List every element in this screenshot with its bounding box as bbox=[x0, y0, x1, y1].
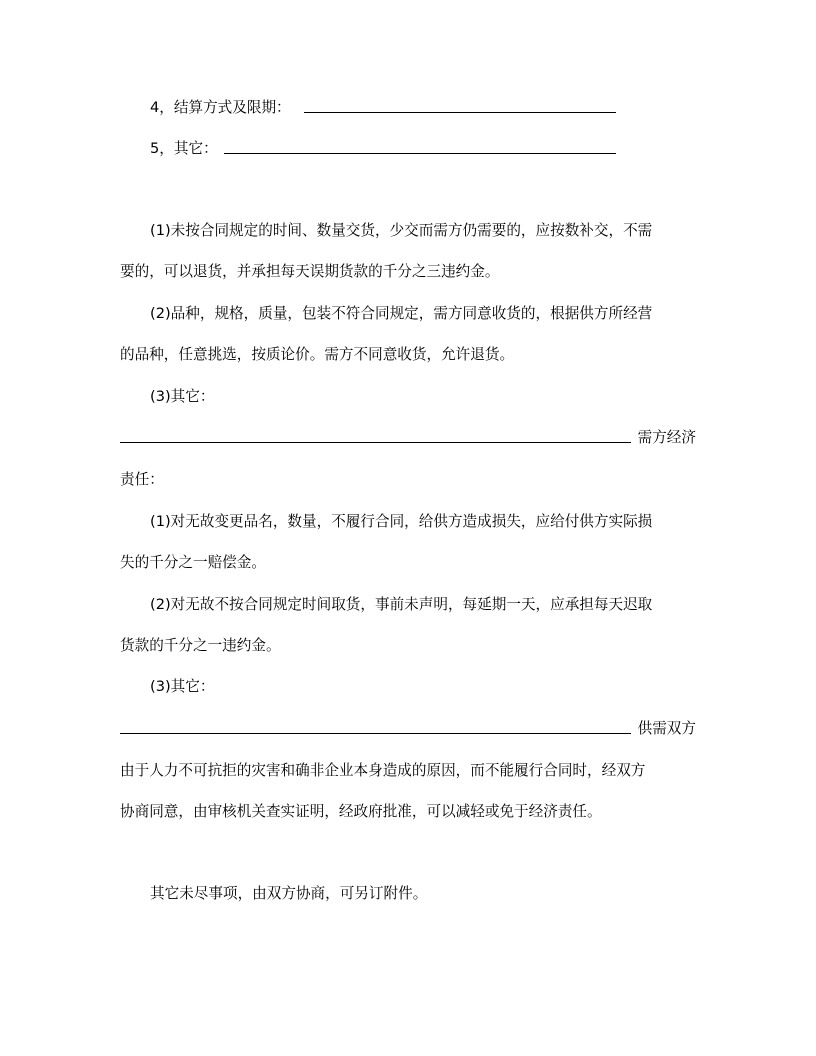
buyer-p3-label: (3)其它： bbox=[150, 677, 726, 697]
buyer-p2-line2: 货款的千分之一违约金。 bbox=[120, 636, 696, 656]
buyer-liability-heading: 责任： bbox=[120, 470, 696, 490]
buyer-p1-line2: 失的千分之一赔偿金。 bbox=[120, 553, 696, 573]
item-4-label: 4，结算方式及限期： bbox=[150, 99, 291, 116]
supplier-p1-line1: (1)未按合同规定的时间、数量交货，少交而需方仍需要的，应按数补交，不需 bbox=[150, 221, 696, 241]
supplier-p2-line1: (2)品种，规格，质量，包装不符合同规定，需方同意收货的，根据供方所经营 bbox=[150, 304, 696, 324]
force-majeure-start: 供需双方 bbox=[638, 719, 696, 739]
force-majeure-line1: 由于人力不可抗拒的灾害和确非企业本身造成的原因，而不能履行合同时，经双方 bbox=[120, 761, 696, 781]
item-5-row: 5，其它： bbox=[150, 139, 726, 159]
closing-statement: 其它未尽事项，由双方协商，可另订附件。 bbox=[150, 884, 726, 904]
supplier-p3-fill-row: 需方经济 bbox=[120, 428, 696, 448]
supplier-p1-line2: 要的，可以退货，并承担每天误期货款的千分之三违约金。 bbox=[120, 262, 696, 282]
supplier-p2-line2: 的品种，任意挑选，按质论价。需方不同意收货，允许退货。 bbox=[120, 345, 696, 365]
supplier-p3-label: (3)其它： bbox=[150, 387, 726, 407]
item-5-label: 5，其它： bbox=[150, 140, 218, 157]
buyer-p2-line1: (2)对无故不按合同规定时间取货，事前未声明，每延期一天，应承担每天迟取 bbox=[150, 595, 696, 615]
buyer-liability-heading-start: 需方经济 bbox=[638, 428, 696, 448]
item-4-blank[interactable] bbox=[304, 112, 616, 113]
buyer-p3-blank[interactable] bbox=[120, 733, 631, 734]
supplier-p3-blank[interactable] bbox=[120, 442, 631, 443]
buyer-p3-fill-row: 供需双方 bbox=[120, 719, 696, 739]
force-majeure-line2: 协商同意，由审核机关查实证明，经政府批准，可以减轻或免于经济责任。 bbox=[120, 802, 696, 822]
buyer-p1-line1: (1)对无故变更品名，数量，不履行合同，给供方造成损失，应给付供方实际损 bbox=[150, 512, 696, 532]
item-5-blank[interactable] bbox=[224, 153, 616, 154]
item-4-row: 4，结算方式及限期： bbox=[150, 98, 726, 118]
